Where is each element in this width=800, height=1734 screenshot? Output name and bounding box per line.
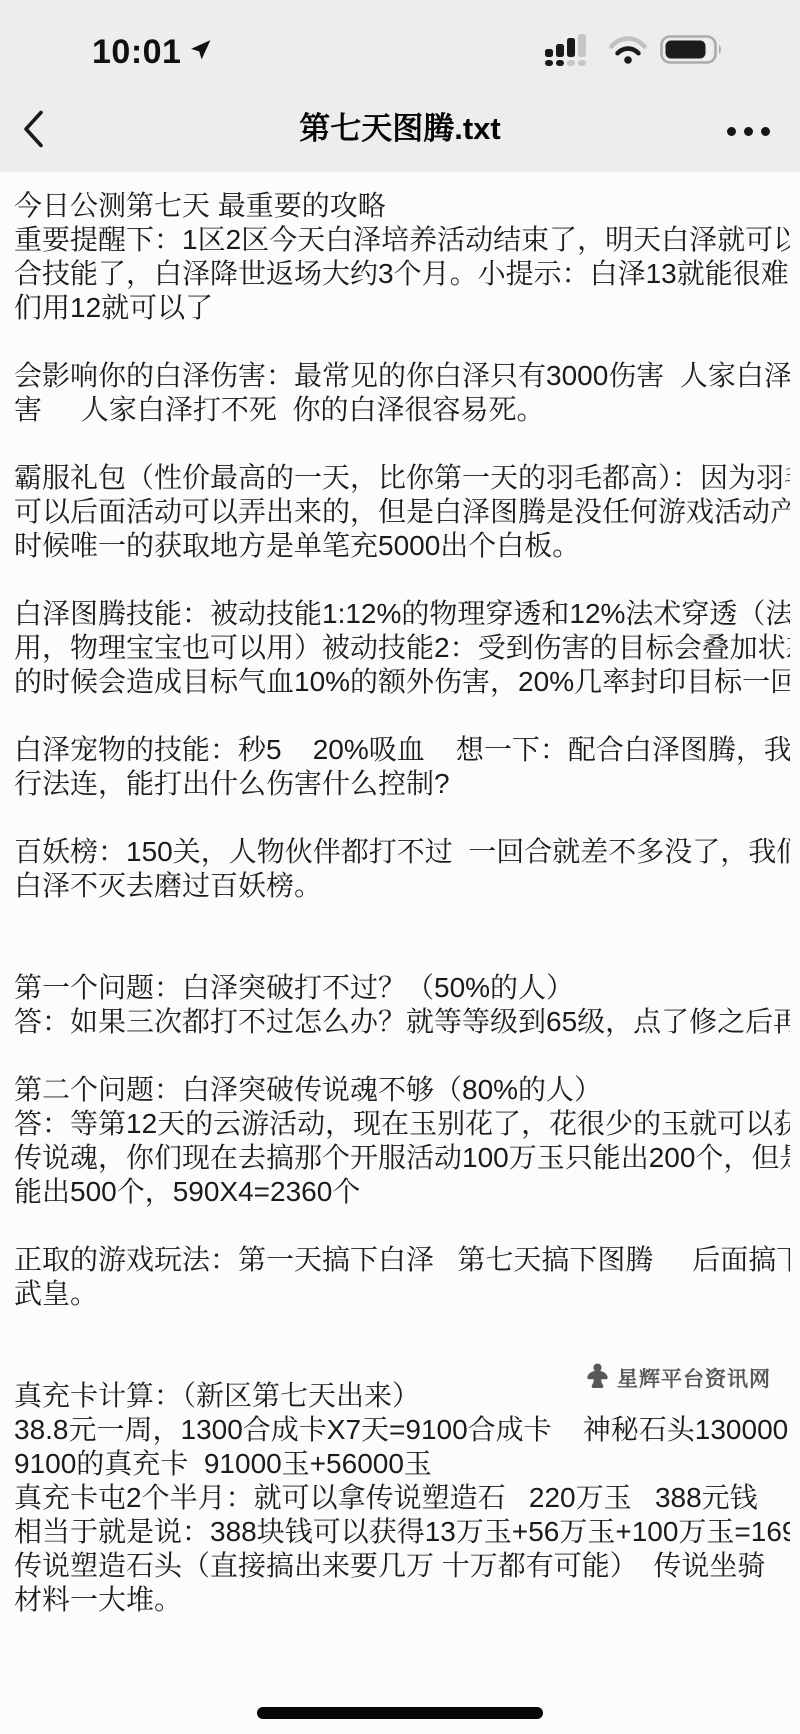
location-arrow-icon xyxy=(189,38,212,66)
text-line: 相当于就是说：388块钱可以获得13万玉+56万玉+100万玉=169万玉 xyxy=(14,1515,790,1549)
text-line: 白泽宠物的技能：秒5 20%吸血 想一下：配合白泽图腾，我的白泽进 xyxy=(14,733,790,767)
header: 10:01 xyxy=(0,0,800,172)
phone-screen: 10:01 xyxy=(0,0,800,1734)
text-line: 答：如果三次都打不过怎么办？就等等级到65级，点了修之后再打。 xyxy=(14,1005,790,1039)
text-line: 正取的游戏玩法：第一天搞下白泽 第七天搞下图腾 后面搞下祈福 xyxy=(14,1243,790,1277)
watermark: 星辉平台资讯网 xyxy=(584,1362,771,1394)
text-line: 会影响你的白泽伤害：最常见的你白泽只有3000伤害 人家白泽1-2万伤 xyxy=(14,359,790,393)
text-line xyxy=(14,937,790,971)
text-line: 9100的真充卡 91000玉+56000玉 xyxy=(14,1447,790,1481)
text-line: 白泽不灭去磨过百妖榜。 xyxy=(14,869,790,903)
text-content: 今日公测第七天 最重要的攻略重要提醒下：1区2区今天白泽培养活动结束了，明天白泽… xyxy=(14,189,790,1617)
status-icons xyxy=(544,33,726,71)
home-indicator[interactable] xyxy=(257,1707,543,1719)
text-line: 用，物理宝宝也可以用）被动技能2：受到伤害的目标会叠加状态，三层 xyxy=(14,631,790,665)
text-line: 传说魂，你们现在去搞那个开服活动100万玉只能出200个，但是云游可 xyxy=(14,1141,790,1175)
watermark-label: 星辉平台资讯网 xyxy=(617,1363,771,1393)
text-line: 传说塑造石头（直接搞出来要几万 十万都有可能） 传说坐骑 剑翅膀 xyxy=(14,1549,790,1583)
text-line: 的时候会造成目标气血10%的额外伤害，20%几率封印目标一回合。 xyxy=(14,665,790,699)
more-options-button[interactable] xyxy=(727,108,770,154)
text-line: 38.8元一周，1300合成卡X7天=9100合成卡 神秘石头130000 xyxy=(14,1413,790,1447)
text-line: 真充卡屯2个半月：就可以拿传说塑造石 220万玉 388元钱 xyxy=(14,1481,790,1515)
battery-icon xyxy=(660,34,726,70)
text-line: 合技能了，白泽降世返场大约3个月。小提示：白泽13就能很难上，兄弟 xyxy=(14,257,790,291)
text-line xyxy=(14,1311,790,1345)
text-line: 答：等第12天的云游活动，现在玉别花了，花很少的玉就可以获得很多 xyxy=(14,1107,790,1141)
text-line: 今日公测第七天 最重要的攻略 xyxy=(14,189,790,223)
text-line: 白泽图腾技能：被动技能1:12%的物理穿透和12%法术穿透（法术宝宝可 xyxy=(14,597,790,631)
text-line: 第二个问题：白泽突破传说魂不够（80%的人） xyxy=(14,1073,790,1107)
time-group: 10:01 xyxy=(92,33,212,72)
text-line xyxy=(14,1039,790,1073)
ellipsis-icon xyxy=(727,127,770,136)
status-bar: 10:01 xyxy=(0,0,800,90)
text-line: 百妖榜：150关，人物伙伴都打不过 一回合就差不多没了，我们就要让 xyxy=(14,835,790,869)
meeple-icon xyxy=(584,1362,611,1394)
text-line: 武皇。 xyxy=(14,1277,790,1311)
cellular-signal-icon xyxy=(544,33,596,71)
text-line: 能出500个，590X4=2360个 xyxy=(14,1175,790,1209)
text-line xyxy=(14,903,790,937)
text-line xyxy=(14,699,790,733)
text-line xyxy=(14,801,790,835)
text-line xyxy=(14,427,790,461)
text-line: 可以后面活动可以弄出来的，但是白泽图腾是没任何游戏活动产出，到 xyxy=(14,495,790,529)
text-line: 时候唯一的获取地方是单笔充5000出个白板。 xyxy=(14,529,790,563)
text-line: 霸服礼包（性价最高的一天，比你第一天的羽毛都高）：因为羽毛他是 xyxy=(14,461,790,495)
text-line: 行法连，能打出什么伤害什么控制? xyxy=(14,767,790,801)
nav-bar: 第七天图腾.txt xyxy=(0,90,800,172)
text-line: 重要提醒下：1区2区今天白泽培养活动结束了，明天白泽就可以打高书 xyxy=(14,223,790,257)
text-line: 害 人家白泽打不死 你的白泽很容易死。 xyxy=(14,393,790,427)
text-line xyxy=(14,1209,790,1243)
clock-text: 10:01 xyxy=(92,33,181,72)
wifi-icon xyxy=(609,36,647,69)
text-line: 们用12就可以了 xyxy=(14,291,790,325)
text-line xyxy=(14,563,790,597)
text-line: 第一个问题：白泽突破打不过？（50%的人） xyxy=(14,971,790,1005)
file-title: 第七天图腾.txt xyxy=(0,90,800,160)
text-line xyxy=(14,325,790,359)
text-line: 材料一大堆。 xyxy=(14,1583,790,1617)
